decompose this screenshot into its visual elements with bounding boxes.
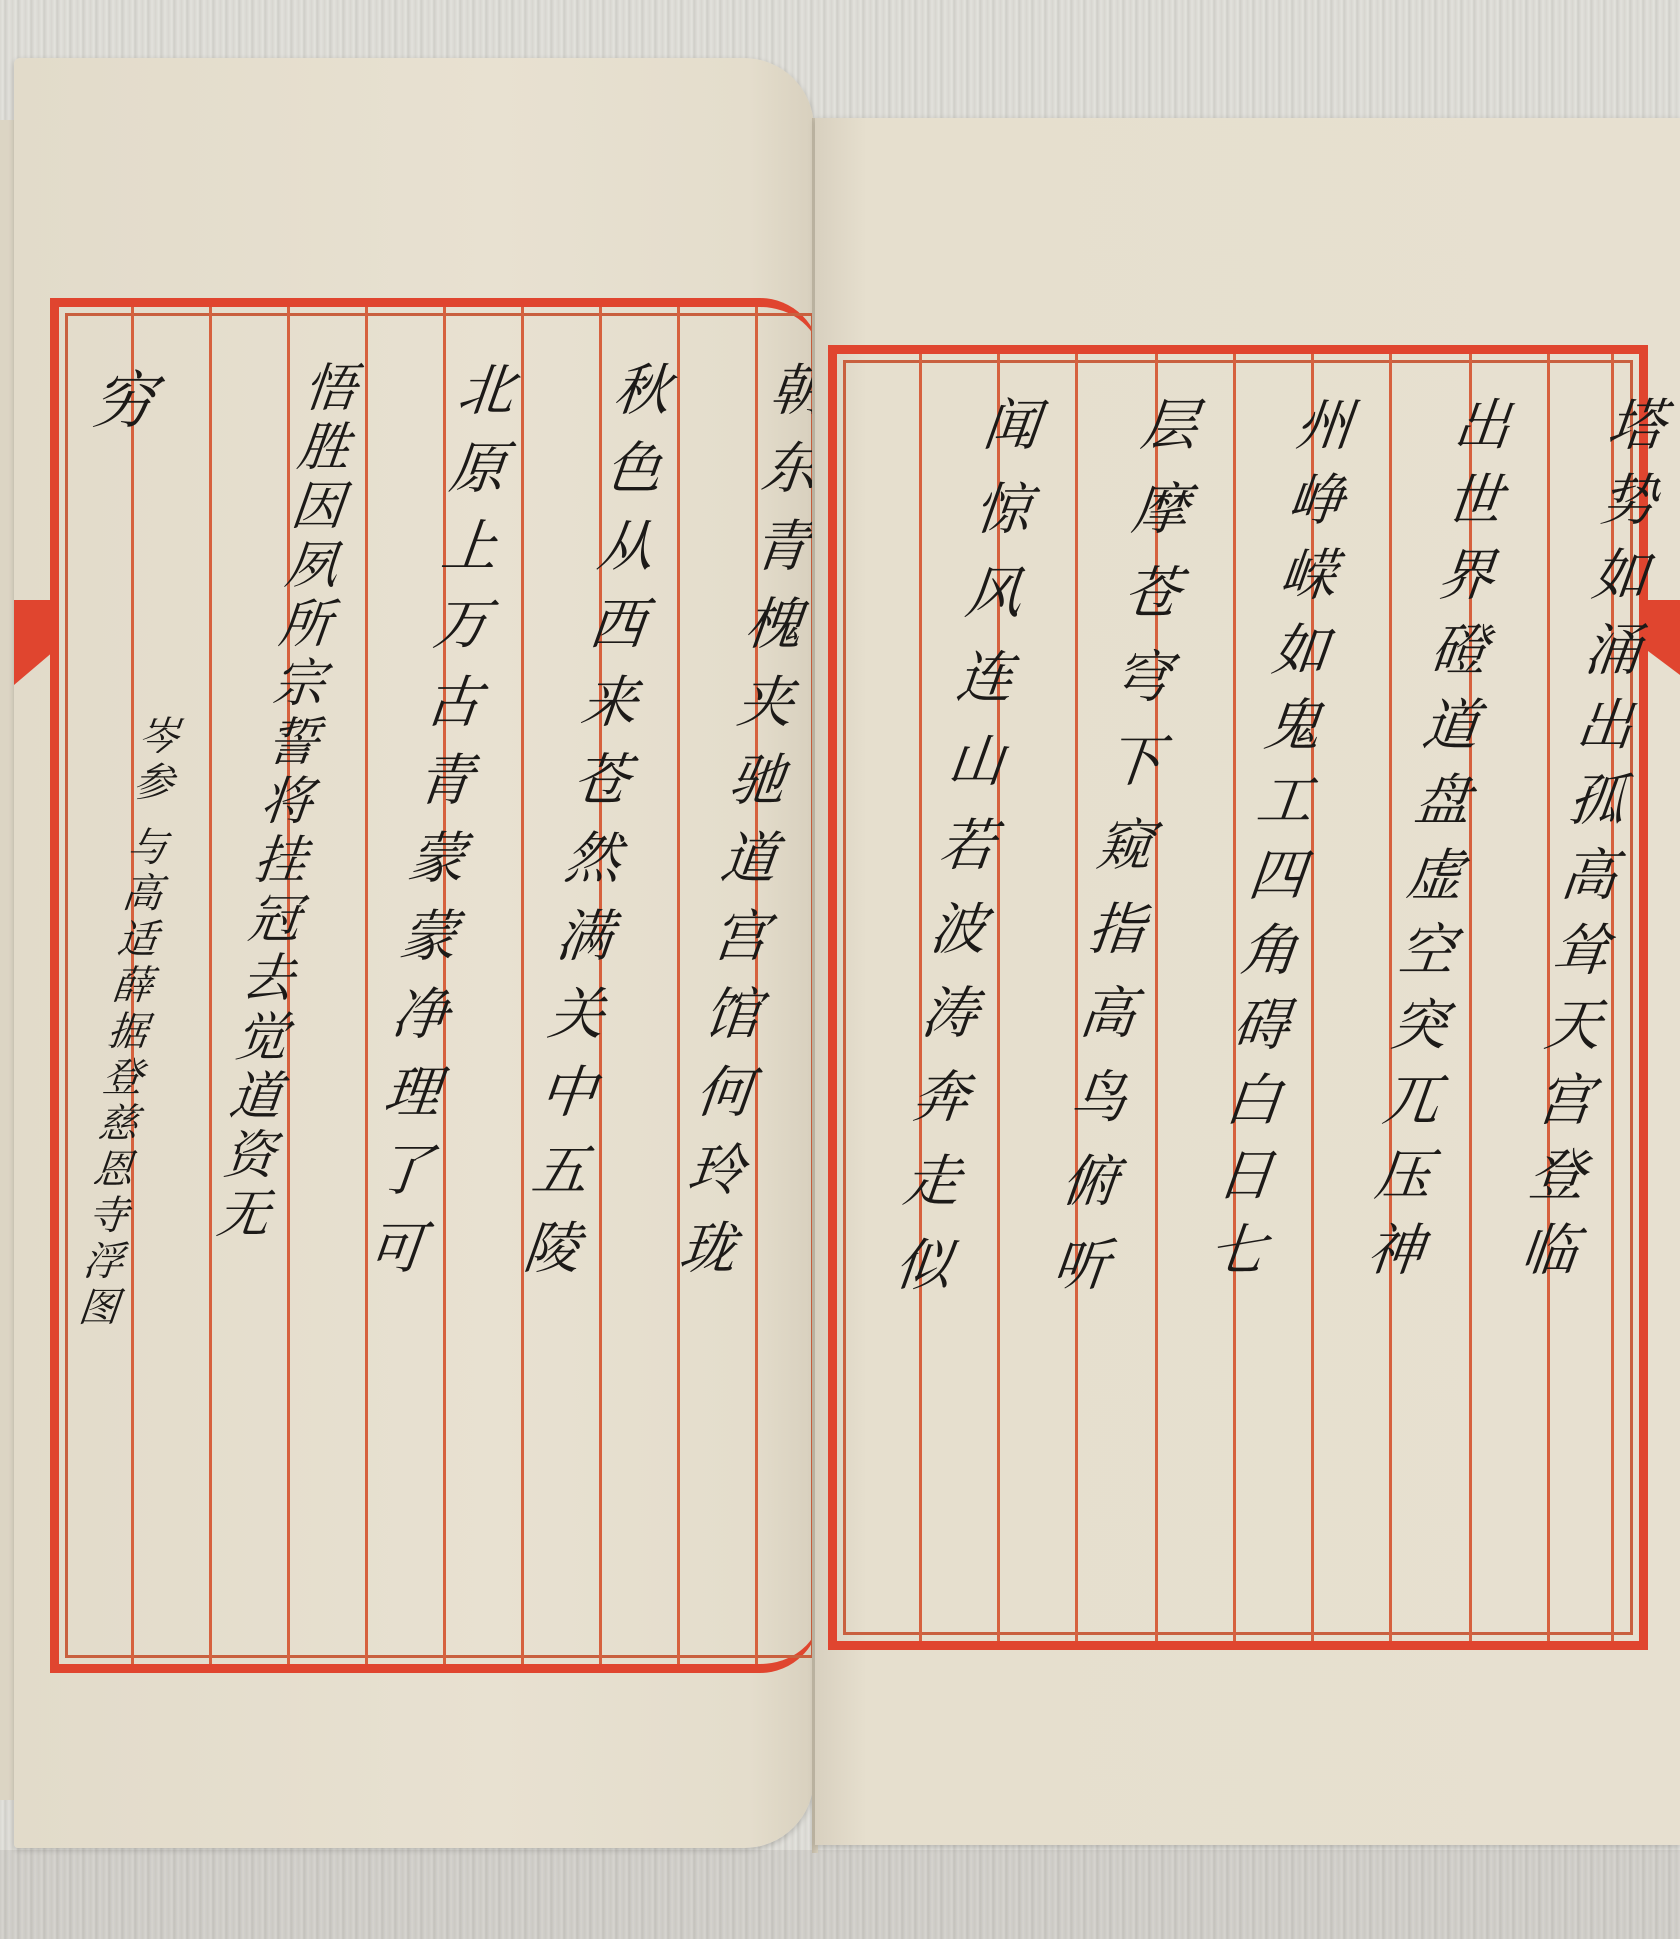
ruling-line <box>365 307 368 1664</box>
ruling-line <box>209 307 212 1664</box>
attribution-column: 岑参 与高适薛据登慈恩寺浮图 <box>100 715 150 1332</box>
calligraphy-column: 闻惊风连山若波涛奔走似 <box>926 395 996 1319</box>
calligraphy-column: 朝东青槐夹驰道宫馆何玲珑 <box>712 360 782 1296</box>
desk-surface <box>0 1850 1680 1939</box>
calligraphy-text: 穷 <box>88 370 159 452</box>
calligraphy-column: 秋色从西来苍然满关中五陵 <box>556 360 626 1296</box>
calligraphy-column: 州峥嵘如鬼工四角碍白日七 <box>1240 395 1310 1295</box>
ruling-line <box>521 307 524 1664</box>
calligraphy-column: 层摩苍穹下窥指高鸟俯听 <box>1084 395 1154 1319</box>
ruling-line <box>677 307 680 1664</box>
calligraphy-column: 塔势如涌出孤高耸天宫登临 <box>1552 395 1622 1295</box>
calligraphy-column: 北原上万古青蒙蒙净理了可 <box>400 360 470 1296</box>
calligraphy-column: 穷 <box>88 370 158 452</box>
calligraphy-column: 出世界磴道盘虚空突兀压神 <box>1398 395 1468 1295</box>
calligraphy-column: 悟胜因夙所宗誓将挂冠去觉道资无 <box>246 360 316 1245</box>
